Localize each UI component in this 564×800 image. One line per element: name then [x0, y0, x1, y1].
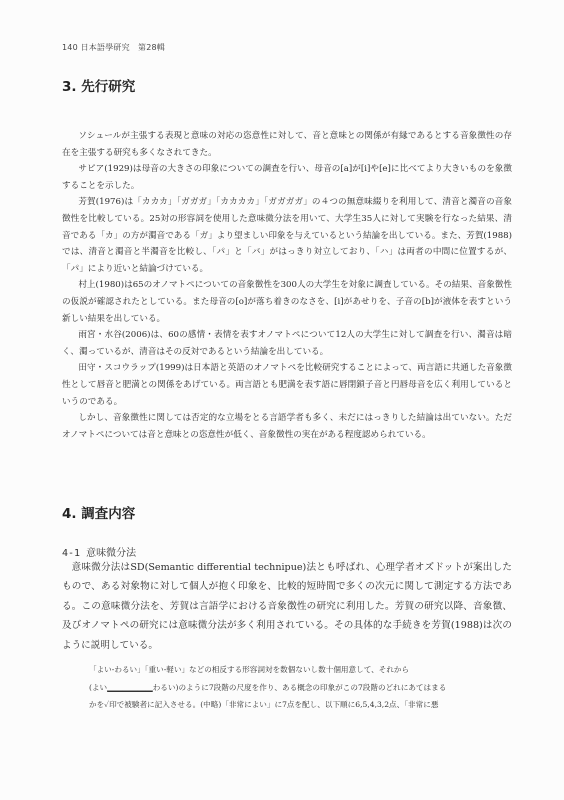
section-3-heading: 3. 先行研究 [62, 75, 135, 95]
paragraph: 田守・スコウラップ(1999)は日本語と英語のオノマトペを比較研究することによっ… [62, 360, 512, 410]
quote-text: わるい)のように7段階の尺度を作り、ある概念の印象がこの7段階のどれにあてはまる [153, 683, 447, 692]
block-quote: 「よい-わるい」「重い-軽い」などの相反する形容詞対を数個ないし数十個用意して、… [89, 661, 509, 714]
paragraph: 雨宮・水谷(2006)は、60の感情・表情を表すオノマトペについて12人の大学生… [62, 327, 512, 360]
scale-blanks: ＿＿＿＿＿＿ [107, 683, 153, 692]
running-head: 140 日本語學研究 第28輯 [62, 42, 165, 53]
paragraph: 意味微分法はSD(Semantic differential technipue… [62, 558, 512, 655]
section-3-body: ソシュールが主張する表現と意味の対応の恣意性に対して、音と意味との関係が有縁であ… [62, 128, 512, 443]
quote-line: かを✓印で被験者に記入させる。(中略)「非常によい」に7点を配し、以下順に6,5… [89, 696, 509, 714]
paragraph: 村上(1980)は65のオノマトペについての音象徴性を300人の大学生を対象に調… [62, 277, 512, 327]
section-4-heading: 4. 調査内容 [62, 502, 135, 522]
quote-text: (よい [89, 683, 107, 692]
subsection-4-1-body: 意味微分法はSD(Semantic differential technipue… [62, 558, 512, 655]
quote-line: (よい＿＿＿＿＿＿わるい)のように7段階の尺度を作り、ある概念の印象がこの7段階… [89, 679, 509, 697]
paragraph: しかし、音象徴性に関しては否定的な立場をとる言語学者も多く、未だにはっきりした結… [62, 410, 512, 443]
paragraph: 芳賀(1976)は「カカカ」「ガガガ」「カカカカ」「ガガガガ」の４つの無意味綴り… [62, 194, 512, 277]
paragraph: サピア(1929)は母音の大きさの印象についての調査を行い、母音の[a]が[i]… [62, 161, 512, 194]
subsection-4-1-heading: 4-1 意味微分法 [62, 544, 136, 559]
quote-line: 「よい-わるい」「重い-軽い」などの相反する形容詞対を数個ないし数十個用意して、… [89, 661, 509, 679]
paragraph: ソシュールが主張する表現と意味の対応の恣意性に対して、音と意味との関係が有縁であ… [62, 128, 512, 161]
